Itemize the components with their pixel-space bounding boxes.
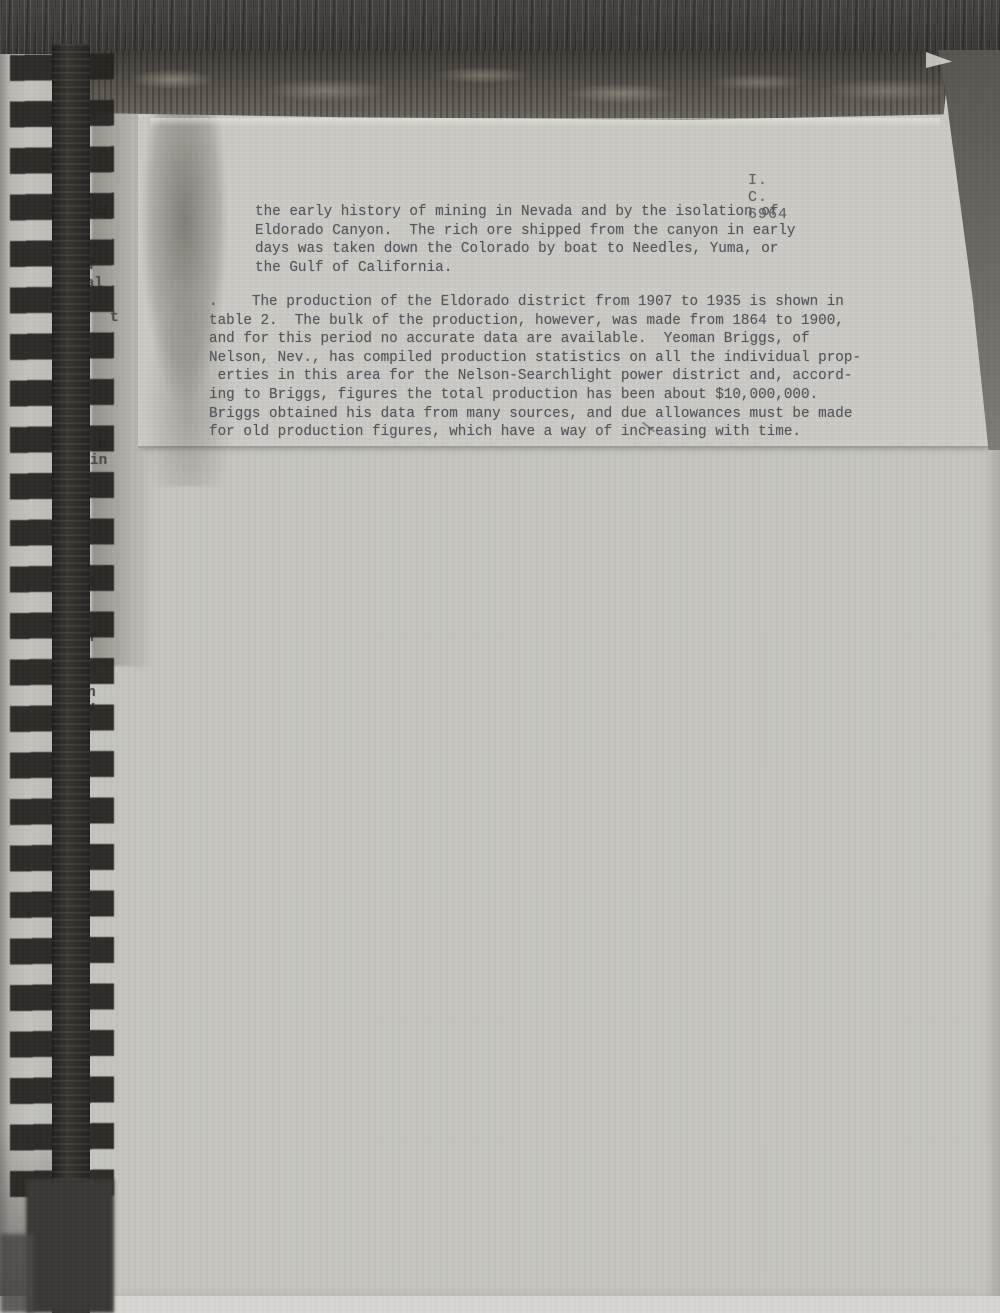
page-bottom-edge (0, 1296, 1000, 1313)
binding-bottom-left-shadow (0, 1234, 34, 1313)
curl-highlight (150, 118, 940, 126)
page-curl-shadow-band (86, 50, 948, 120)
scanned-document-page: fectch ferialtar hinofndcte thworrinRivt… (0, 0, 1000, 1313)
paragraph-history: the early history of mining in Nevada an… (255, 203, 796, 277)
spiral-comb-binding (0, 44, 126, 1313)
scanner-top-margin (0, 0, 1000, 54)
binding-bottom-shadow (26, 1179, 114, 1313)
binding-spine (52, 44, 90, 1313)
paragraph-production: . The production of the Eldorado distric… (209, 293, 861, 442)
